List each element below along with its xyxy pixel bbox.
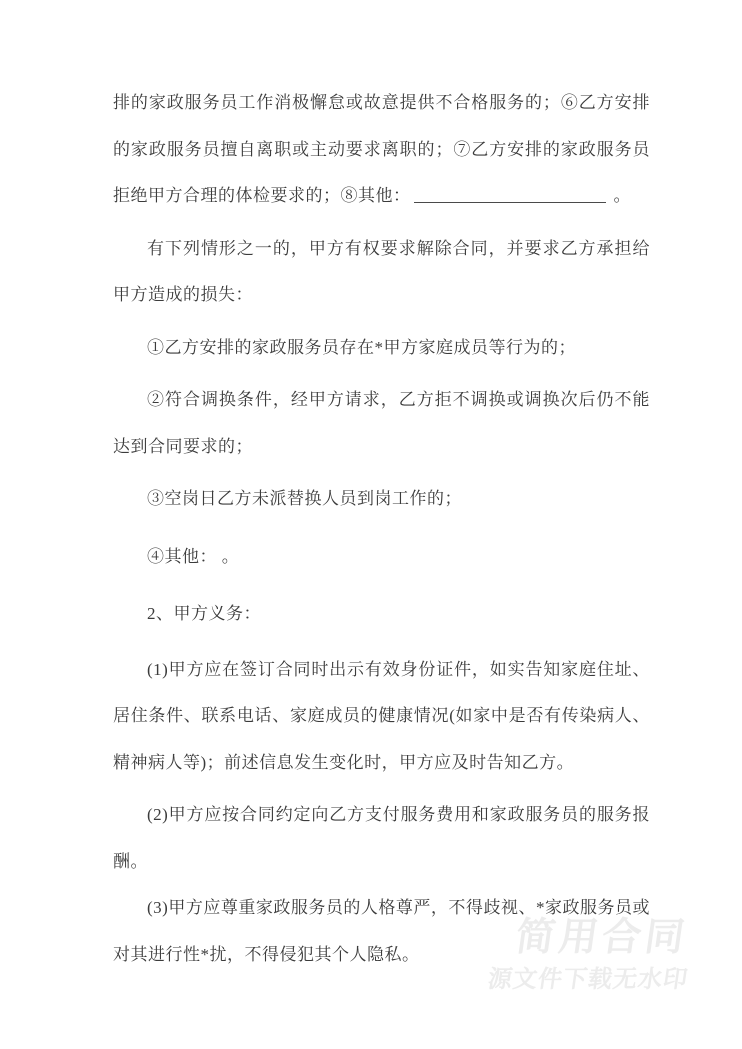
paragraph-item-4-other: ④其他： 。 xyxy=(113,534,650,581)
paragraph-termination-clauses-continuation: 排的家政服务员工作消极懈怠或故意提供不合格服务的；⑥乙方安排的家政服务员擅自离职… xyxy=(113,80,650,220)
fill-in-blank-line xyxy=(414,189,606,203)
paragraph-party-a-termination-intro: 有下列情形之一的，甲方有权要求解除合同，并要求乙方承担给甲方造成的损失： xyxy=(113,226,650,319)
paragraph-obligation-1: (1)甲方应在签订合同时出示有效身份证件，如实告知家庭住址、居住条件、联系电话、… xyxy=(113,647,650,787)
paragraph-obligation-2: (2)甲方应按合同约定向乙方支付服务费用和家政服务员的服务报酬。 xyxy=(113,792,650,885)
paragraph-item-3: ③空岗日乙方未派替换人员到岗工作的； xyxy=(113,476,650,523)
contract-body: 排的家政服务员工作消极懈怠或故意提供不合格服务的；⑥乙方安排的家政服务员擅自离职… xyxy=(113,80,650,984)
paragraph-obligation-3: (3)甲方应尊重家政服务员的人格尊严，不得歧视、*家政服务员或对其进行性*扰，不… xyxy=(113,885,650,978)
paragraph-item-1: ①乙方安排的家政服务员存在*甲方家庭成员等行为的； xyxy=(113,325,650,372)
heading-party-a-obligations: 2、甲方义务： xyxy=(113,591,650,638)
contract-page: 排的家政服务员工作消极懈怠或故意提供不合格服务的；⑥乙方安排的家政服务员擅自离职… xyxy=(0,0,742,1049)
paragraph-suffix: 。 xyxy=(614,186,632,205)
paragraph-item-2: ②符合调换条件，经甲方请求，乙方拒不调换或调换次后仍不能达到合同要求的； xyxy=(113,377,650,470)
